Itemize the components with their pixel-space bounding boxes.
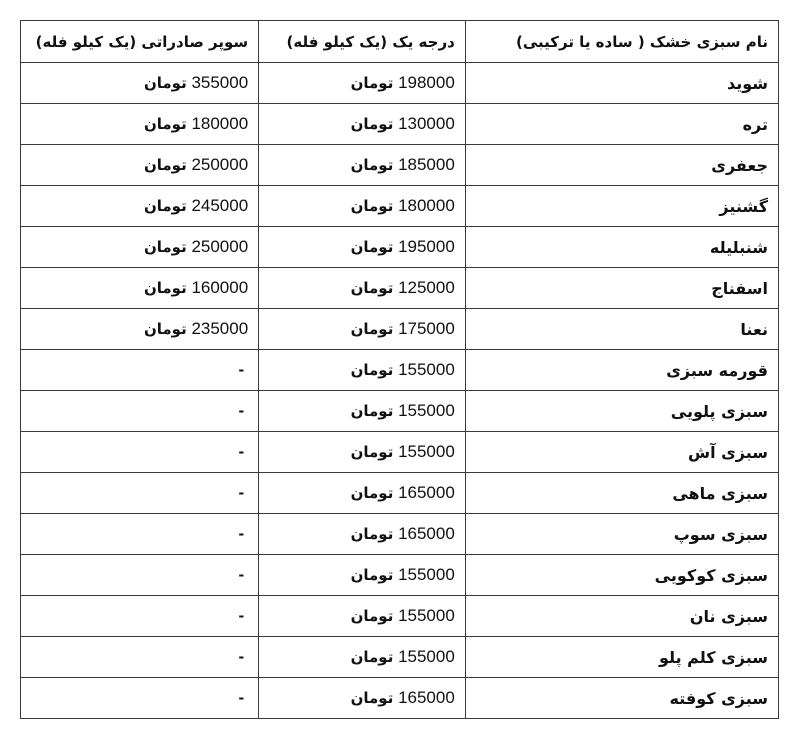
currency-label: تومان (351, 689, 394, 707)
currency-label: تومان (351, 525, 394, 543)
grade-one-price-cell: 198000 تومان (259, 63, 466, 104)
table-header-row: نام سبزی خشک ( ساده یا ترکیبی) درجه یک (… (21, 21, 779, 63)
grade-one-price-value: 155000 (398, 360, 455, 379)
currency-label: تومان (351, 197, 394, 215)
super-export-price-value: 235000 (191, 319, 248, 338)
super-export-price-cell: 250000 تومان (21, 227, 259, 268)
currency-label: تومان (351, 402, 394, 420)
grade-one-price-value: 180000 (398, 196, 455, 215)
header-herb-name: نام سبزی خشک ( ساده یا ترکیبی) (465, 21, 778, 63)
not-available-dash: - (239, 401, 245, 420)
herb-name: تره (743, 115, 768, 134)
grade-one-price-value: 198000 (398, 73, 455, 92)
super-export-price-value: 250000 (191, 237, 248, 256)
super-export-price-cell: - (21, 678, 259, 719)
grade-one-price-value: 155000 (398, 647, 455, 666)
currency-label: تومان (351, 238, 394, 256)
herb-name: سبزی کوکویی (655, 566, 768, 585)
super-export-price-value: 250000 (191, 155, 248, 174)
super-export-price-cell: 250000 تومان (21, 145, 259, 186)
herb-name-cell: سبزی پلویی (465, 391, 778, 432)
herb-name: سبزی نان (690, 607, 768, 626)
herb-name-cell: نعنا (465, 309, 778, 350)
super-export-price-cell: - (21, 514, 259, 555)
not-available-dash: - (239, 606, 245, 625)
herb-name-cell: سبزی کوکویی (465, 555, 778, 596)
currency-label: تومان (351, 443, 394, 461)
currency-label: تومان (144, 74, 187, 92)
herb-name: قورمه سبزی (666, 361, 768, 380)
currency-label: تومان (351, 279, 394, 297)
grade-one-price-value: 155000 (398, 565, 455, 584)
grade-one-price-value: 165000 (398, 688, 455, 707)
grade-one-price-value: 125000 (398, 278, 455, 297)
table-row: سبزی کوفته 165000 تومان - (21, 678, 779, 719)
header-super-export-price: سوپر صادراتی (یک کیلو فله) (21, 21, 259, 63)
currency-label: تومان (144, 320, 187, 338)
grade-one-price-cell: 165000 تومان (259, 514, 466, 555)
herb-name: نعنا (740, 320, 768, 339)
herb-name-cell: جعفری (465, 145, 778, 186)
table-row: جعفری 185000 تومان 250000 تومان (21, 145, 779, 186)
table-row: سبزی ماهی 165000 تومان - (21, 473, 779, 514)
table-row: سبزی سوپ 165000 تومان - (21, 514, 779, 555)
not-available-dash: - (239, 483, 245, 502)
herb-name: سبزی آش (688, 443, 768, 462)
currency-label: تومان (351, 648, 394, 666)
super-export-price-value: 355000 (191, 73, 248, 92)
herb-name: شوید (727, 74, 768, 93)
table-row: سبزی پلویی 155000 تومان - (21, 391, 779, 432)
currency-label: تومان (351, 74, 394, 92)
grade-one-price-value: 130000 (398, 114, 455, 133)
table-row: سبزی کلم پلو 155000 تومان - (21, 637, 779, 678)
herb-name-cell: سبزی کوفته (465, 678, 778, 719)
currency-label: تومان (144, 115, 187, 133)
table-row: نعنا 175000 تومان 235000 تومان (21, 309, 779, 350)
super-export-price-cell: 235000 تومان (21, 309, 259, 350)
grade-one-price-cell: 195000 تومان (259, 227, 466, 268)
grade-one-price-cell: 155000 تومان (259, 555, 466, 596)
grade-one-price-cell: 125000 تومان (259, 268, 466, 309)
table-row: شنبلیله 195000 تومان 250000 تومان (21, 227, 779, 268)
herb-name: سبزی کوفته (670, 689, 769, 708)
currency-label: تومان (351, 607, 394, 625)
grade-one-price-cell: 155000 تومان (259, 391, 466, 432)
table-row: اسفناج 125000 تومان 160000 تومان (21, 268, 779, 309)
grade-one-price-cell: 155000 تومان (259, 350, 466, 391)
grade-one-price-value: 165000 (398, 483, 455, 502)
herb-name-cell: قورمه سبزی (465, 350, 778, 391)
table-row: سبزی آش 155000 تومان - (21, 432, 779, 473)
grade-one-price-cell: 165000 تومان (259, 473, 466, 514)
herb-name-cell: سبزی نان (465, 596, 778, 637)
super-export-price-cell: - (21, 432, 259, 473)
grade-one-price-cell: 155000 تومان (259, 596, 466, 637)
not-available-dash: - (239, 360, 245, 379)
currency-label: تومان (144, 197, 187, 215)
currency-label: تومان (351, 361, 394, 379)
grade-one-price-value: 155000 (398, 401, 455, 420)
table-row: قورمه سبزی 155000 تومان - (21, 350, 779, 391)
currency-label: تومان (351, 320, 394, 338)
herb-name: سبزی کلم پلو (659, 648, 768, 667)
currency-label: تومان (351, 156, 394, 174)
grade-one-price-value: 175000 (398, 319, 455, 338)
grade-one-price-value: 155000 (398, 442, 455, 461)
table-row: سبزی کوکویی 155000 تومان - (21, 555, 779, 596)
super-export-price-cell: - (21, 637, 259, 678)
grade-one-price-cell: 175000 تومان (259, 309, 466, 350)
currency-label: تومان (351, 115, 394, 133)
table-row: سبزی نان 155000 تومان - (21, 596, 779, 637)
not-available-dash: - (239, 524, 245, 543)
herb-name-cell: سبزی آش (465, 432, 778, 473)
grade-one-price-cell: 185000 تومان (259, 145, 466, 186)
herb-name-cell: گشنیز (465, 186, 778, 227)
currency-label: تومان (351, 566, 394, 584)
grade-one-price-value: 195000 (398, 237, 455, 256)
not-available-dash: - (239, 442, 245, 461)
grade-one-price-cell: 165000 تومان (259, 678, 466, 719)
grade-one-price-cell: 155000 تومان (259, 637, 466, 678)
herb-name: جعفری (711, 156, 768, 175)
not-available-dash: - (239, 647, 245, 666)
super-export-price-cell: - (21, 391, 259, 432)
super-export-price-value: 180000 (191, 114, 248, 133)
currency-label: تومان (351, 484, 394, 502)
herb-name: سبزی ماهی (672, 484, 768, 503)
table-row: تره 130000 تومان 180000 تومان (21, 104, 779, 145)
super-export-price-cell: - (21, 473, 259, 514)
herb-name: سبزی پلویی (671, 402, 768, 421)
not-available-dash: - (239, 688, 245, 707)
super-export-price-cell: - (21, 596, 259, 637)
super-export-price-cell: 180000 تومان (21, 104, 259, 145)
herb-name: شنبلیله (710, 238, 768, 257)
grade-one-price-cell: 155000 تومان (259, 432, 466, 473)
herb-name-cell: تره (465, 104, 778, 145)
currency-label: تومان (144, 238, 187, 256)
table-row: گشنیز 180000 تومان 245000 تومان (21, 186, 779, 227)
super-export-price-cell: - (21, 350, 259, 391)
super-export-price-cell: 160000 تومان (21, 268, 259, 309)
herb-name-cell: شنبلیله (465, 227, 778, 268)
grade-one-price-value: 155000 (398, 606, 455, 625)
herb-name: اسفناج (711, 279, 768, 298)
dried-herbs-price-table: نام سبزی خشک ( ساده یا ترکیبی) درجه یک (… (20, 20, 779, 719)
not-available-dash: - (239, 565, 245, 584)
herb-name-cell: سبزی سوپ (465, 514, 778, 555)
herb-name: سبزی سوپ (674, 525, 768, 544)
super-export-price-cell: - (21, 555, 259, 596)
herb-name-cell: شوید (465, 63, 778, 104)
herb-name-cell: سبزی ماهی (465, 473, 778, 514)
table-row: شوید 198000 تومان 355000 تومان (21, 63, 779, 104)
grade-one-price-value: 185000 (398, 155, 455, 174)
herb-name-cell: سبزی کلم پلو (465, 637, 778, 678)
super-export-price-cell: 245000 تومان (21, 186, 259, 227)
currency-label: تومان (144, 156, 187, 174)
super-export-price-value: 245000 (191, 196, 248, 215)
herb-name: گشنیز (719, 197, 768, 216)
table-body: شوید 198000 تومان 355000 تومان تره 13000… (21, 63, 779, 719)
grade-one-price-value: 165000 (398, 524, 455, 543)
super-export-price-cell: 355000 تومان (21, 63, 259, 104)
grade-one-price-cell: 130000 تومان (259, 104, 466, 145)
herb-name-cell: اسفناج (465, 268, 778, 309)
super-export-price-value: 160000 (191, 278, 248, 297)
grade-one-price-cell: 180000 تومان (259, 186, 466, 227)
header-grade-one-price: درجه یک (یک کیلو فله) (259, 21, 466, 63)
currency-label: تومان (144, 279, 187, 297)
